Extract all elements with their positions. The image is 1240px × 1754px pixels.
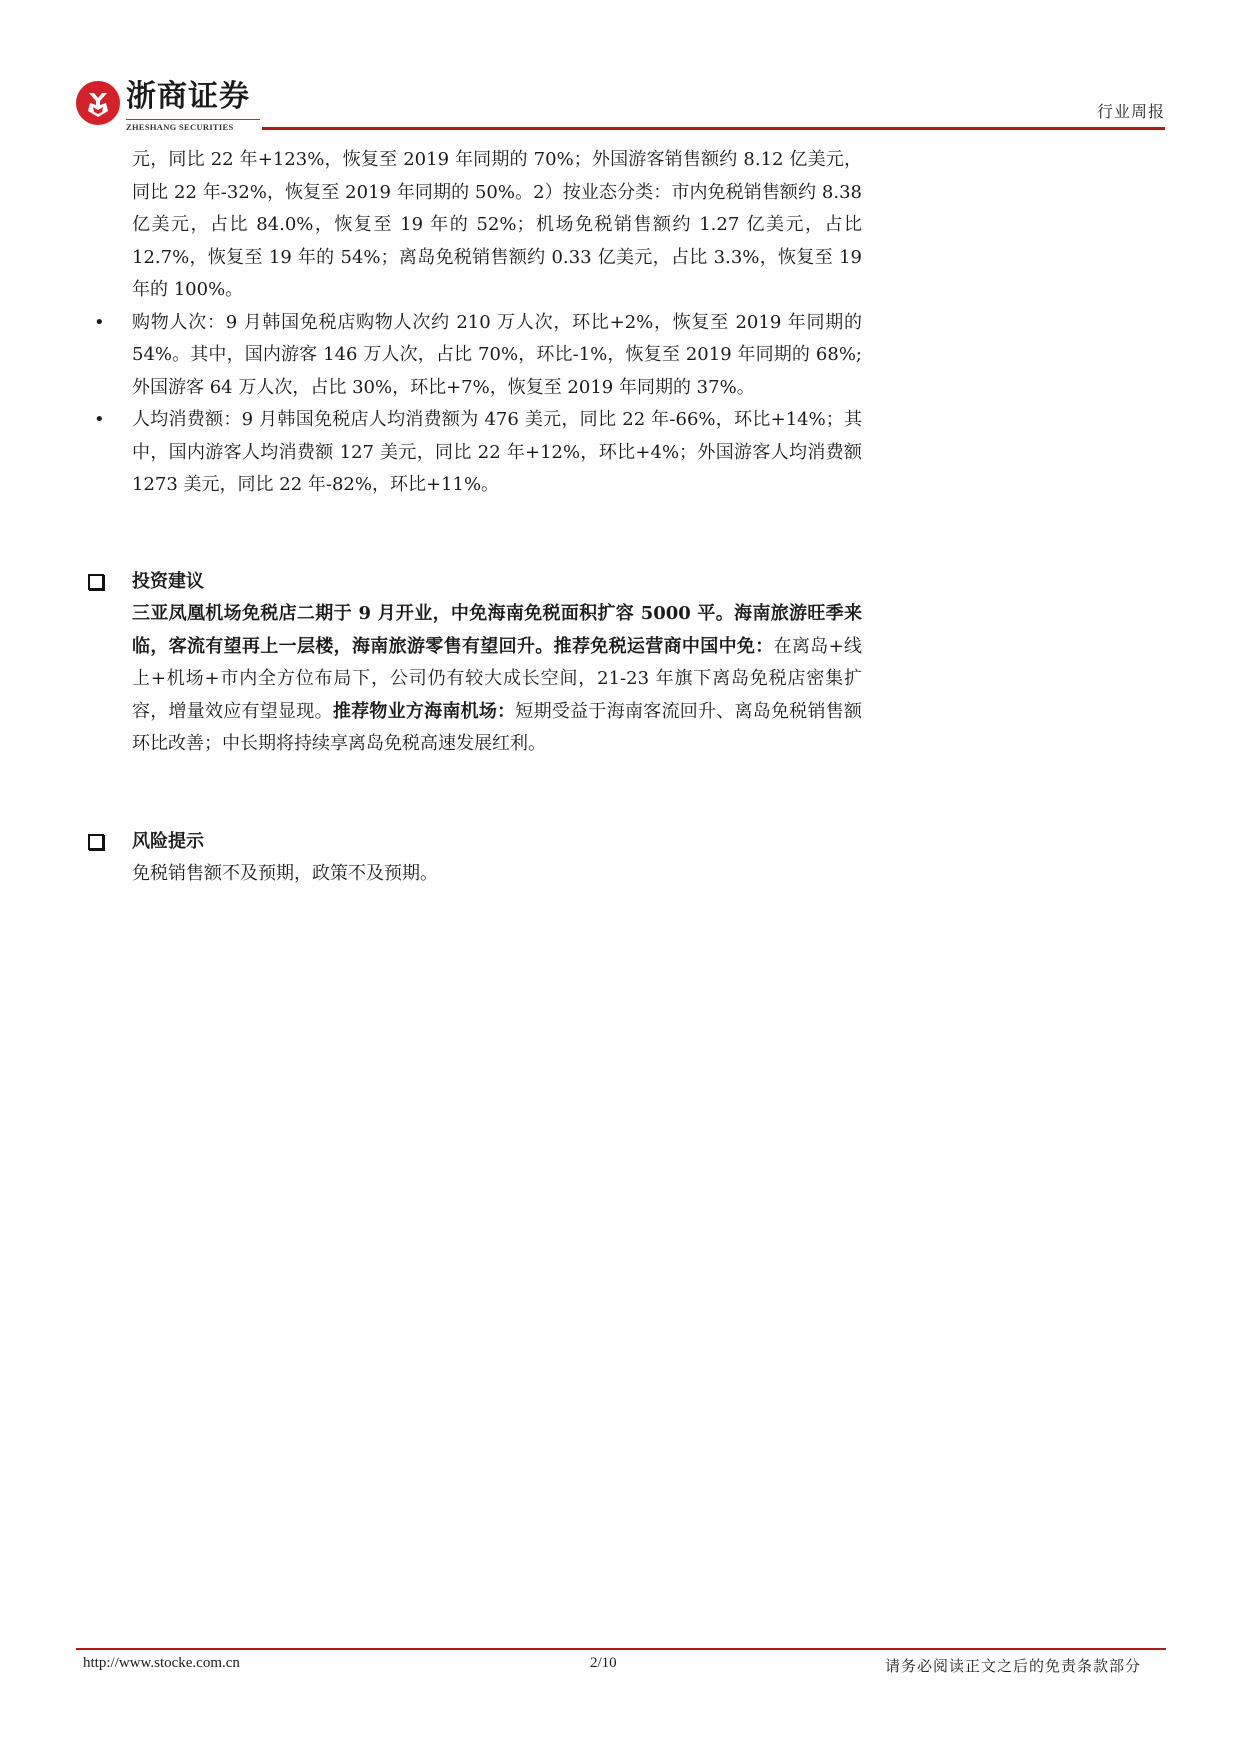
company-logo: 浙商证券 ZHESHANG SECURITIES <box>76 79 266 133</box>
bullet-icon: • <box>94 404 105 437</box>
section-heading: 投资建议 <box>88 566 868 598</box>
section-body: 三亚凤凰机场免税店二期于 9 月开业，中免海南免税面积扩容 5000 平。海南旅… <box>132 598 862 761</box>
report-type-label: 行业周报 <box>1097 99 1165 122</box>
footer-divider <box>76 1648 1166 1650</box>
body-content: 元，同比 22 年+123%，恢复至 2019 年同期的 70%；外国游客销售额… <box>132 144 862 502</box>
section-heading: 风险提示 <box>88 826 868 858</box>
bold-recommendation: 推荐物业方海南机场： <box>333 701 516 722</box>
bullet-item-shopping-visits: • 购物人次：9 月韩国免税店购物人次约 210 万人次，环比+2%，恢复至 2… <box>132 307 862 405</box>
continuation-paragraph: 元，同比 22 年+123%，恢复至 2019 年同期的 70%；外国游客销售额… <box>132 144 862 307</box>
page-number: 2/10 <box>590 1655 617 1672</box>
footer-website-link[interactable]: http://www.stocke.com.cn <box>83 1655 240 1672</box>
section-title: 投资建议 <box>132 566 204 598</box>
logo-underline <box>126 119 260 120</box>
section-risk-warning: 风险提示 免税销售额不及预期，政策不及预期。 <box>88 826 868 891</box>
section-title: 风险提示 <box>132 826 204 858</box>
logo-chinese-name: 浙商证券 <box>126 79 250 115</box>
checkbox-square-icon <box>88 834 104 850</box>
section-body: 免税销售额不及预期，政策不及预期。 <box>132 858 862 891</box>
logo-english-name: ZHESHANG SECURITIES <box>126 122 234 132</box>
bullet-icon: • <box>94 307 105 340</box>
section-investment-advice: 投资建议 三亚凤凰机场免税店二期于 9 月开业，中免海南免税面积扩容 5000 … <box>88 566 868 761</box>
bullet-item-per-capita-spend: • 人均消费额：9 月韩国免税店人均消费额为 476 美元，同比 22 年-66… <box>132 404 862 502</box>
checkbox-square-icon <box>88 574 104 590</box>
header-divider <box>262 127 1165 130</box>
logo-emblem-icon <box>76 81 120 125</box>
bullet-text: 人均消费额：9 月韩国免税店人均消费额为 476 美元，同比 22 年-66%，… <box>132 409 862 495</box>
footer-disclaimer: 请务必阅读正文之后的免责条款部分 <box>885 1655 1141 1676</box>
bold-lead-text: 三亚凤凰机场免税店二期于 9 月开业，中免海南免税面积扩容 5000 平。海南旅… <box>132 603 862 657</box>
bullet-list: • 购物人次：9 月韩国免税店购物人次约 210 万人次，环比+2%，恢复至 2… <box>132 307 862 502</box>
page-header: 浙商证券 ZHESHANG SECURITIES 行业周报 <box>0 0 1240 140</box>
bullet-text: 购物人次：9 月韩国免税店购物人次约 210 万人次，环比+2%，恢复至 201… <box>132 312 862 398</box>
